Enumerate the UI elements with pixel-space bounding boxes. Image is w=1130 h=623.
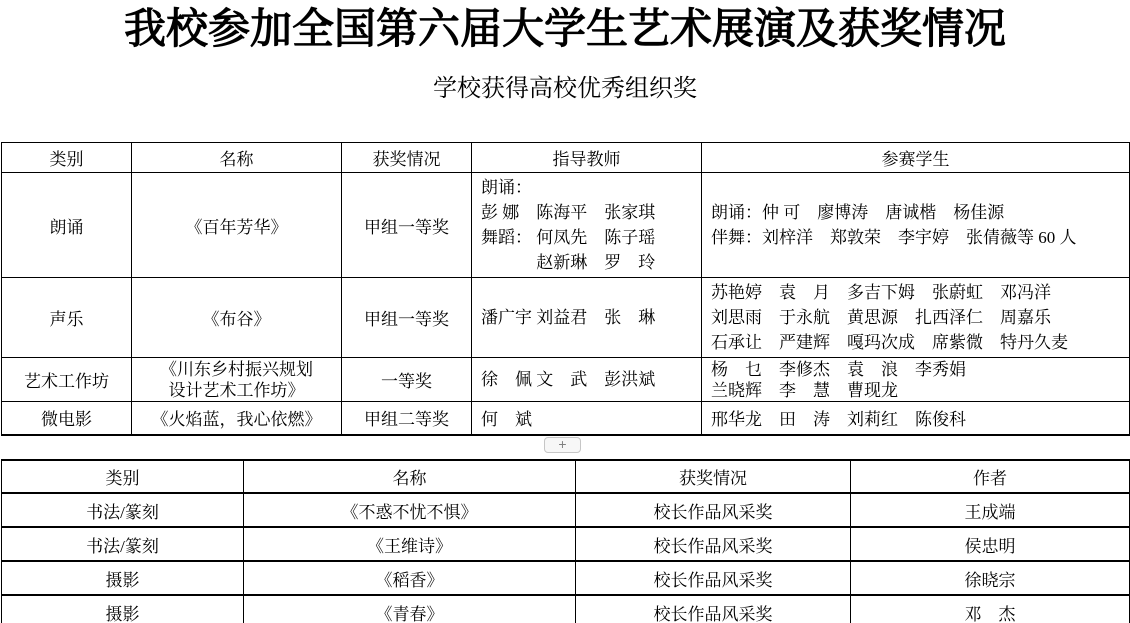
cell-students: 朗诵：仲 可 廖博涛 唐诚楷 杨佳源 伴舞：刘梓洋 郑敦荣 李宇婷 张倩薇等 6… [702,173,1130,278]
awards-table-header-row: 类别 名称 获奖情况 指导教师 参赛学生 [2,143,1130,173]
cell-category: 微电影 [2,402,132,435]
column-header-award: 获奖情况 [576,460,851,493]
column-header-students: 参赛学生 [702,143,1130,173]
cell-teachers: 何 斌 [472,402,702,435]
insert-table-row-button[interactable]: + [544,437,581,453]
table-row: 微电影 《火焰蓝，我心依燃》 甲组二等奖 何 斌 邢华龙 田 涛 刘莉红 陈俊科 [2,402,1130,435]
table-row: 书法/篆刻 《王维诗》 校长作品风采奖 侯忠明 [2,527,1130,561]
doc-subtitle: 学校获得高校优秀组织奖 [0,74,1130,104]
cell-award: 校长作品风采奖 [576,561,851,595]
table-row: 声乐 《布谷》 甲组一等奖 潘广宇 刘益君 张 琳 苏艳婷 袁 月 多吉下姆 张… [2,278,1130,358]
cell-students: 邢华龙 田 涛 刘莉红 陈俊科 [702,402,1130,435]
table-row: 艺术工作坊 《川东乡村振兴规划 设计艺术工作坊》 一等奖 徐 佩 文 武 彭洪斌… [2,358,1130,402]
cell-category: 书法/篆刻 [2,527,244,561]
table-row: 摄影 《稻香》 校长作品风采奖 徐晓宗 [2,561,1130,595]
cell-author: 侯忠明 [851,527,1130,561]
column-header-teachers: 指导教师 [472,143,702,173]
table-row: 书法/篆刻 《不惑不忧不惧》 校长作品风采奖 王成端 [2,493,1130,527]
cell-author: 邓 杰 [851,595,1130,623]
cell-students: 杨 乜 李修杰 袁 浪 李秀娟 兰晓辉 李 慧 曹现龙 [702,358,1130,402]
column-header-name: 名称 [244,460,576,493]
cell-name: 《青春》 [244,595,576,623]
cell-author: 徐晓宗 [851,561,1130,595]
cell-students: 苏艳婷 袁 月 多吉下姆 张蔚虹 邓冯洋 刘思雨 于永航 黄思源 扎西泽仁 周嘉… [702,278,1130,358]
column-header-author: 作者 [851,460,1130,493]
cell-award: 一等奖 [342,358,472,402]
works-table-header-row: 类别 名称 获奖情况 作者 [2,460,1130,493]
works-table: 类别 名称 获奖情况 作者 书法/篆刻 《不惑不忧不惧》 校长作品风采奖 王成端… [1,459,1130,623]
cell-award: 校长作品风采奖 [576,493,851,527]
cell-category: 摄影 [2,595,244,623]
table-row: 朗诵 《百年芳华》 甲组一等奖 朗诵： 彭 娜 陈海平 张家琪 舞蹈： 何凤先 … [2,173,1130,278]
column-header-category: 类别 [2,143,132,173]
cell-category: 朗诵 [2,173,132,278]
cell-category: 艺术工作坊 [2,358,132,402]
doc-title: 我校参加全国第六届大学生艺术展演及获奖情况 [0,4,1130,56]
cell-category: 声乐 [2,278,132,358]
cell-teachers: 徐 佩 文 武 彭洪斌 [472,358,702,402]
cell-teachers: 潘广宇 刘益君 张 琳 [472,278,702,358]
cell-category: 书法/篆刻 [2,493,244,527]
table-row: 摄影 《青春》 校长作品风采奖 邓 杰 [2,595,1130,623]
cell-name: 《百年芳华》 [132,173,342,278]
column-header-name: 名称 [132,143,342,173]
cell-name: 《稻香》 [244,561,576,595]
column-header-award: 获奖情况 [342,143,472,173]
cell-award: 甲组二等奖 [342,402,472,435]
cell-name: 《王维诗》 [244,527,576,561]
cell-teachers: 朗诵： 彭 娜 陈海平 张家琪 舞蹈： 何凤先 陈子瑶 赵新琳 罗 玲 [472,173,702,278]
awards-table: 类别 名称 获奖情况 指导教师 参赛学生 朗诵 《百年芳华》 甲组一等奖 朗诵：… [1,142,1130,436]
cell-award: 甲组一等奖 [342,173,472,278]
cell-author: 王成端 [851,493,1130,527]
cell-award: 校长作品风采奖 [576,527,851,561]
column-header-category: 类别 [2,460,244,493]
cell-award: 甲组一等奖 [342,278,472,358]
cell-name: 《不惑不忧不惧》 [244,493,576,527]
cell-name: 《川东乡村振兴规划 设计艺术工作坊》 [132,358,342,402]
cell-name: 《布谷》 [132,278,342,358]
cell-award: 校长作品风采奖 [576,595,851,623]
cell-category: 摄影 [2,561,244,595]
cell-name: 《火焰蓝，我心依燃》 [132,402,342,435]
